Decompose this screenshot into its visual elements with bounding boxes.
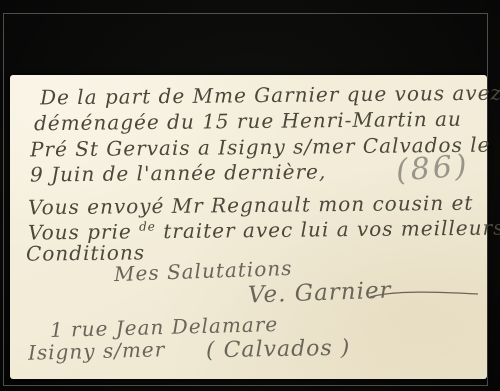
handwritten-line-2: déménagée du 15 rue Henri-Martin au bbox=[34, 107, 462, 135]
line-6-rest: traiter avec lui a vos meilleurs bbox=[163, 216, 500, 244]
line-6-inserted-word: de bbox=[139, 219, 156, 233]
postcard: De la part de Mme Garnier que vous avez … bbox=[10, 75, 487, 379]
sender-address-line-2: Isigny s/mer bbox=[28, 337, 166, 365]
pencil-number-annotation: (86) bbox=[395, 148, 471, 188]
photo-background: De la part de Mme Garnier que vous avez … bbox=[0, 0, 500, 391]
handwritten-line-1: De la part de Mme Garnier que vous avez bbox=[40, 81, 500, 110]
signature-flourish-line bbox=[370, 287, 480, 301]
handwritten-line-4: 9 Juin de l'année dernière, bbox=[30, 159, 327, 186]
handwritten-line-5: Vous envoyé Mr Regnault mon cousin et bbox=[28, 191, 474, 220]
sender-address-line-3: ( Calvados ) bbox=[206, 336, 351, 364]
